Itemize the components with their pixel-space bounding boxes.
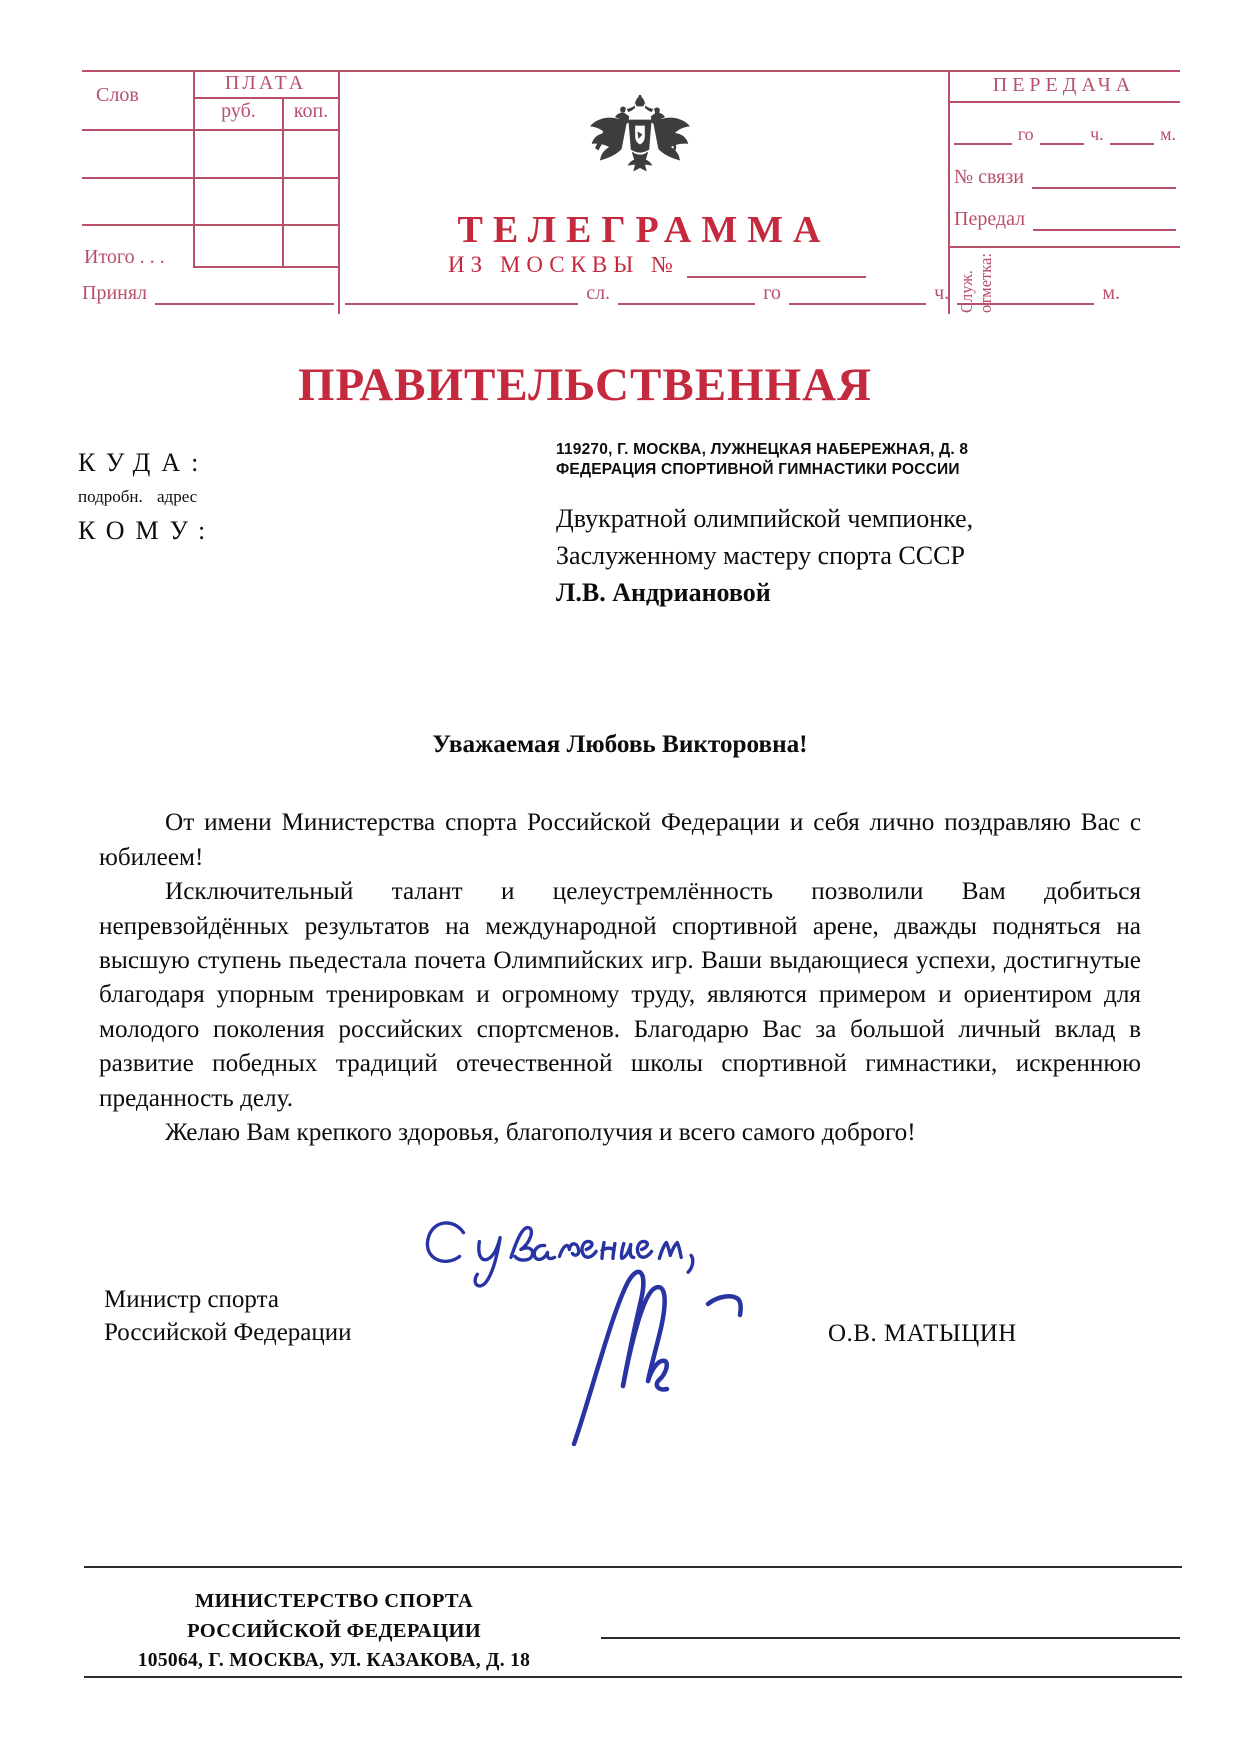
sent-by-row: Передал [954, 208, 1176, 231]
where-label: КУДА: [78, 448, 209, 478]
form-rule-left-divider [338, 70, 340, 314]
sent-by-label: Передал [954, 208, 1025, 231]
link-number-row: № связи [954, 166, 1176, 189]
footer-rule-bottom [84, 1676, 1182, 1678]
form-rule [82, 177, 340, 179]
ch-label: ч. [1090, 124, 1104, 145]
rub-header: руб. [195, 100, 282, 123]
recipient-line-1: Двукратной олимпийской чемпионке, [556, 500, 973, 537]
origin-line: ИЗ МОСКВЫ № [448, 252, 866, 278]
minister-title: Министр спорта Российской Федерации [104, 1283, 352, 1349]
destination-line-1: 119270, Г. МОСКВА, ЛУЖНЕЦКАЯ НАБЕРЕЖНАЯ,… [556, 440, 968, 460]
minister-name: О.В. МАТЫЦИН [828, 1320, 1017, 1348]
telegram-document: Слов ПЛАТА руб. коп. Итого . . . Принял … [0, 0, 1240, 1754]
destination-address: 119270, Г. МОСКВА, ЛУЖНЕЦКАЯ НАБЕРЕЖНАЯ,… [556, 440, 968, 479]
signature-scrawl [540, 1246, 810, 1451]
footer-org-block: МИНИСТЕРСТВО СПОРТА РОССИЙСКОЙ ФЕДЕРАЦИИ… [112, 1586, 556, 1676]
blank-line [345, 297, 578, 305]
blank-line [954, 137, 1012, 145]
blank-line [1033, 223, 1176, 231]
recipient-block: Двукратной олимпийской чемпионке, Заслуж… [556, 500, 973, 611]
footer-rule-top [84, 1566, 1182, 1568]
recipient-name: Л.В. Андриановой [556, 574, 973, 611]
blank-line [1110, 137, 1154, 145]
footer-rule-middle [601, 1637, 1180, 1639]
footer-org-name-line-1: МИНИСТЕРСТВО СПОРТА [112, 1586, 556, 1616]
salutation: Уважаемая Любовь Викторовна! [99, 728, 1141, 762]
m-label: м. [1160, 124, 1176, 145]
minister-title-line-2: Российской Федерации [104, 1316, 352, 1349]
letter-paragraph-3: Желаю Вам крепкого здоровья, благополучи… [99, 1116, 1141, 1150]
service-note-cell: Служ. отметка: [944, 250, 1010, 316]
minister-title-line-1: Министр спорта [104, 1283, 352, 1316]
go-label: го [1018, 124, 1034, 145]
sl-label: сл. [586, 282, 610, 305]
transfer-title: ПЕРЕДАЧА [948, 74, 1180, 97]
form-rule [82, 224, 340, 226]
form-rule [193, 97, 340, 99]
classification-title: ПРАВИТЕЛЬСТВЕННАЯ [0, 360, 1170, 412]
form-rule [193, 266, 340, 268]
form-rule [948, 246, 1180, 248]
origin-label: ИЗ МОСКВЫ № [448, 252, 679, 278]
words-label: Слов [96, 84, 139, 107]
footer-org-address: 105064, Г. МОСКВА, УЛ. КАЗАКОВА, Д. 18 [112, 1646, 556, 1676]
coat-of-arms-icon [585, 88, 695, 203]
blank-line [789, 297, 926, 305]
blank-line [155, 297, 334, 305]
destination-line-2: ФЕДЕРАЦИЯ СПОРТИВНОЙ ГИМНАСТИКИ РОССИИ [556, 460, 968, 480]
link-number-label: № связи [954, 166, 1024, 189]
payment-title: ПЛАТА [193, 72, 338, 95]
total-label: Итого . . . [84, 246, 165, 269]
blank-line [618, 297, 755, 305]
m-label: м. [1102, 282, 1120, 305]
form-rule [948, 101, 1180, 103]
recipient-line-2: Заслуженному мастеру спорта СССР [556, 537, 973, 574]
footer-org-name-line-2: РОССИЙСКОЙ ФЕДЕРАЦИИ [112, 1616, 556, 1646]
blank-line [687, 270, 866, 278]
received-row: Принял [82, 282, 334, 305]
transfer-time-row: го ч. м. [954, 124, 1176, 145]
go-label: го [763, 282, 781, 305]
telegram-title: ТЕЛЕГРАММА [340, 208, 948, 252]
blank-line [1040, 137, 1084, 145]
kop-header: коп. [284, 100, 338, 123]
whom-label: КОМУ: [78, 516, 216, 546]
letter-body: Уважаемая Любовь Викторовна! От имени Ми… [99, 728, 1141, 1150]
received-label: Принял [82, 282, 147, 305]
letter-paragraph-1: От имени Министерства спорта Российской … [99, 806, 1141, 875]
service-note-label: Служ. отметка: [958, 253, 996, 313]
address-note: подробн. адрес [78, 487, 197, 507]
form-rule [82, 129, 340, 131]
letter-paragraph-2: Исключительный талант и целеустремлённос… [99, 875, 1141, 1116]
blank-line [1032, 181, 1176, 189]
